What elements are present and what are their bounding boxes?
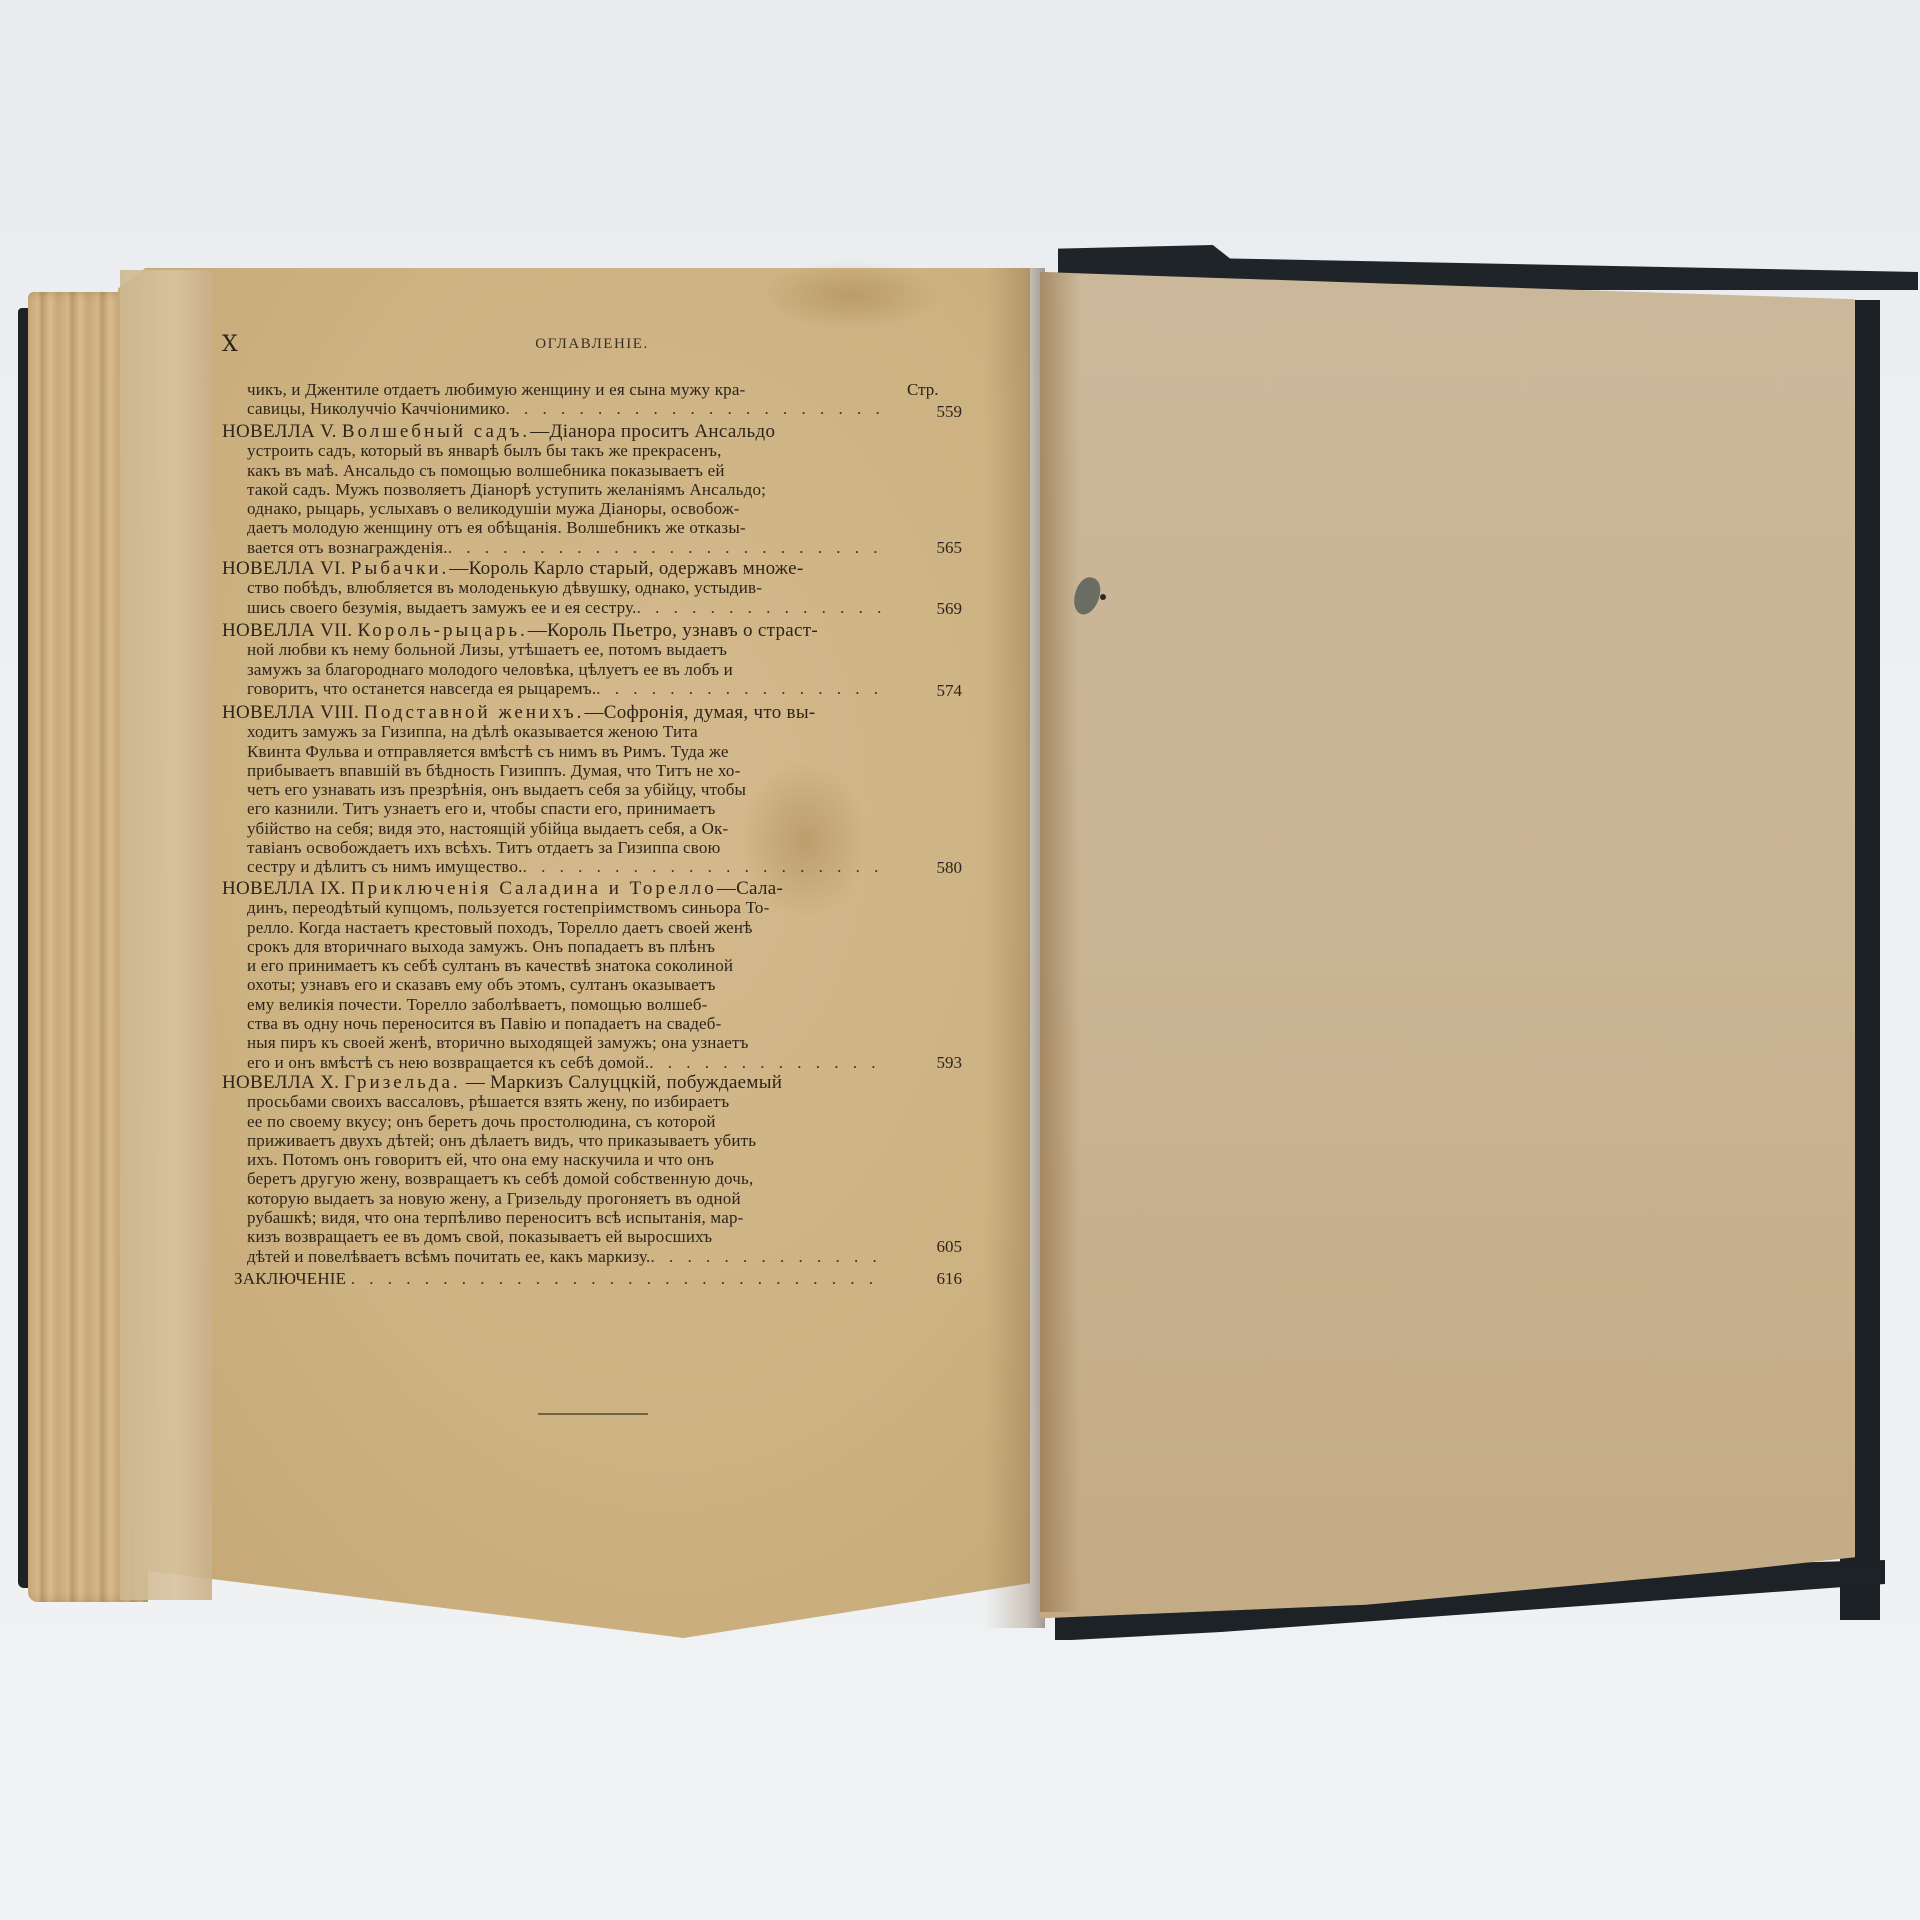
running-head: X ОГЛАВЛЕНІЕ. xyxy=(222,332,962,356)
entry-title: Волшебный садъ. xyxy=(342,422,530,441)
entry-title: Приключенія Саладина и Торелло xyxy=(351,879,717,898)
entry-page-number: 569 xyxy=(937,599,963,619)
entry-heading-line: НОВЕЛЛА V. Волшебный садъ.—Діанора проси… xyxy=(222,422,962,441)
toc-entry-novella-5: НОВЕЛЛА V. Волшебный садъ.—Діанора проси… xyxy=(222,422,962,559)
paper-stain xyxy=(760,260,940,330)
entry-heading-line: НОВЕЛЛА X. Гризельда. — Маркизъ Салуццкі… xyxy=(222,1073,962,1092)
entry-heading-line: НОВЕЛЛА VIII. Подставной женихъ.—Софроні… xyxy=(222,703,962,722)
toc-entry-novella-9: НОВЕЛЛА IX. Приключенія Саладина и Торел… xyxy=(222,879,962,1073)
toc-entry-novella-8: НОВЕЛЛА VIII. Подставной женихъ.—Софроні… xyxy=(222,703,962,879)
entry-page-number: 574 xyxy=(937,681,963,701)
entry-heading-line: НОВЕЛЛА VII. Король-рыцарь.—Король Пьетр… xyxy=(222,621,962,640)
entry-title: Король-рыцарь. xyxy=(358,621,528,640)
entry-title: Рыбачки. xyxy=(351,559,449,578)
right-page-blank xyxy=(1040,272,1855,1632)
entry-page-number: 605 xyxy=(937,1237,963,1257)
paper-spot xyxy=(1100,594,1106,600)
entry-heading-line: НОВЕЛЛА IX. Приключенія Саладина и Торел… xyxy=(222,879,962,898)
entry-title: ЗАКЛЮЧЕНІЕ xyxy=(234,1269,346,1288)
entry-heading-line: НОВЕЛЛА VI. Рыбачки.—Король Карло старый… xyxy=(222,559,962,578)
entry-page-number: 559 xyxy=(937,402,963,422)
toc-entry-novella-10: НОВЕЛЛА X. Гризельда. — Маркизъ Салуццкі… xyxy=(222,1073,962,1269)
entry-line: савицы, Николуччіо Каччіонимико. . . . .… xyxy=(222,399,882,418)
toc-entries: чикъ, и Джентиле отдаетъ любимую женщину… xyxy=(222,380,962,1293)
entry-page-number: 565 xyxy=(937,538,963,558)
entry-title: Подставной женихъ. xyxy=(364,703,584,722)
toc-entry-conclusion: ЗАКЛЮЧЕНІЕ . . . . . . . . . . . . . . .… xyxy=(222,1269,962,1293)
gutter-shadow xyxy=(985,268,1045,1628)
toc-entry-novella-6: НОВЕЛЛА VI. Рыбачки.—Король Карло старый… xyxy=(222,559,962,621)
entry-page-number: 593 xyxy=(937,1053,963,1073)
left-page-margin-strip xyxy=(120,270,212,1600)
entry-title: Гризельда. xyxy=(344,1073,460,1092)
right-page-edge-stain xyxy=(1040,272,1080,1612)
toc-entry: чикъ, и Джентиле отдаетъ любимую женщину… xyxy=(222,380,962,422)
section-title: ОГЛАВЛЕНІЕ. xyxy=(222,336,962,353)
toc-entry-novella-7: НОВЕЛЛА VII. Король-рыцарь.—Король Пьетр… xyxy=(222,621,962,703)
entry-page-number: 616 xyxy=(937,1269,963,1289)
end-rule-divider xyxy=(538,1413,648,1415)
entry-line: чикъ, и Джентиле отдаетъ любимую женщину… xyxy=(222,380,962,399)
entry-page-number: 580 xyxy=(937,858,963,878)
